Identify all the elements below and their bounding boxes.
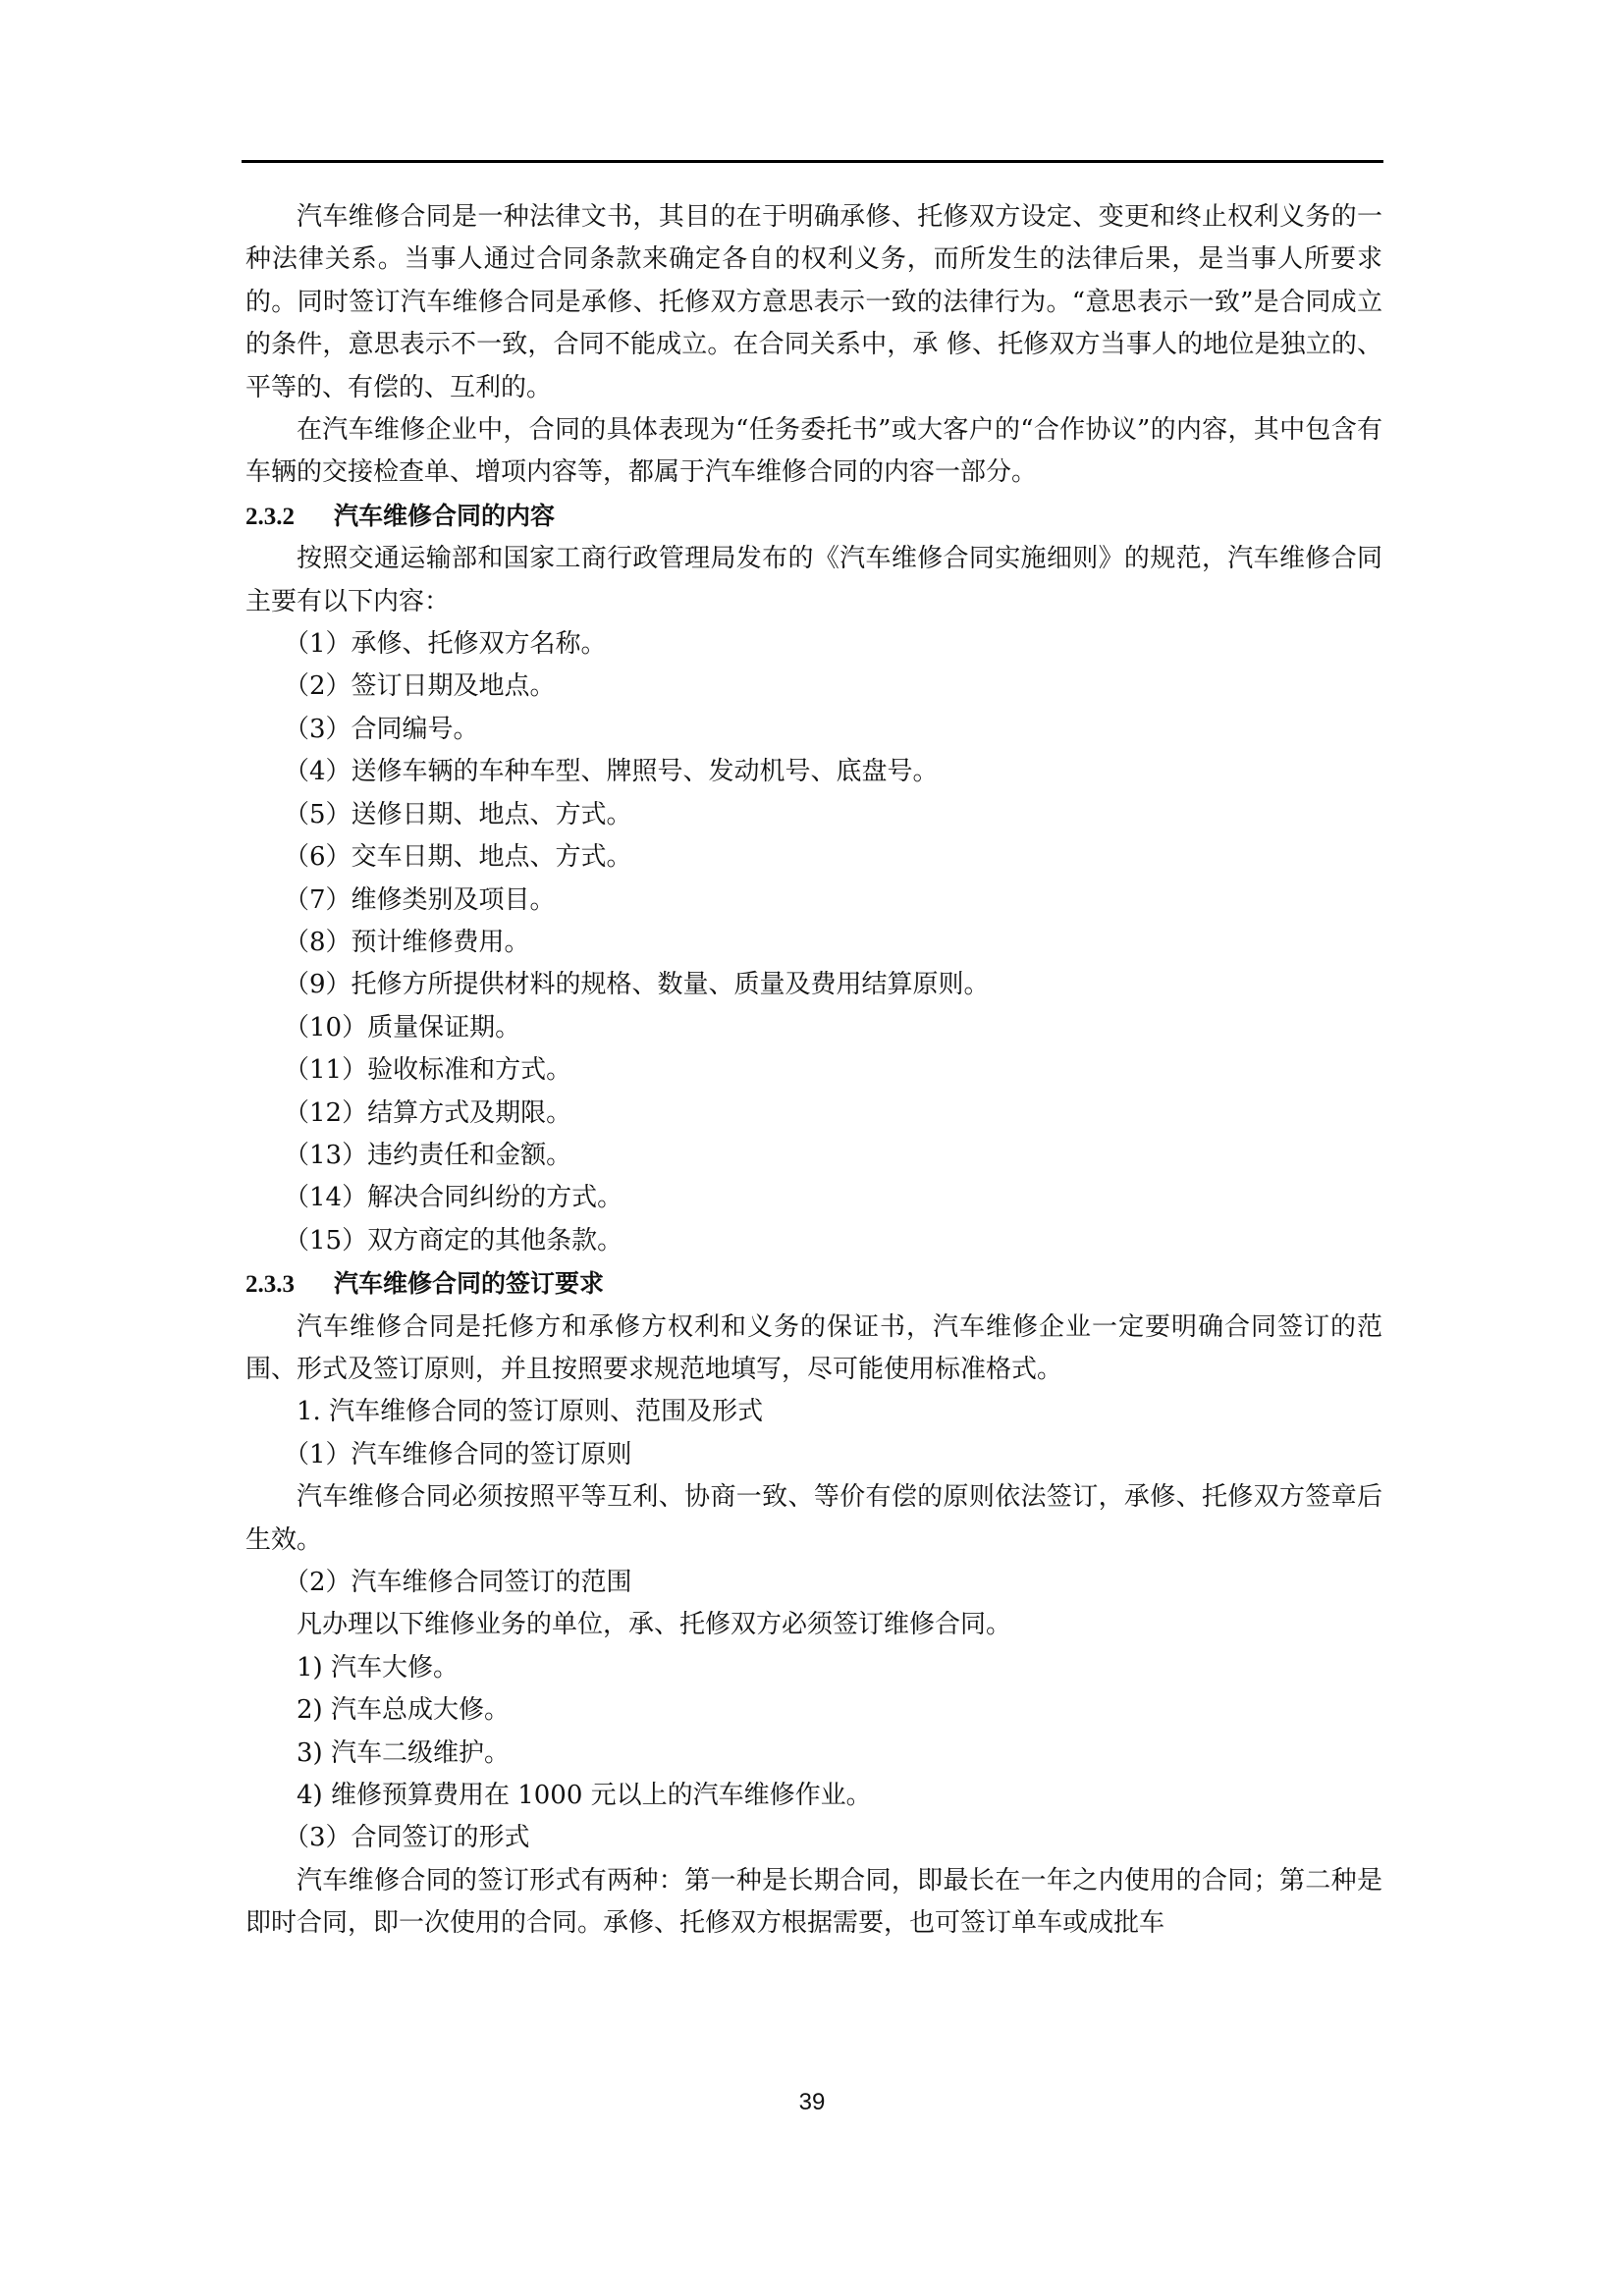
list-item: 3) 汽车二级维护。 (245, 1733, 1382, 1775)
intro-paragraph-1: 汽车维修合同是一种法律文书，其目的在于明确承修、托修双方设定、变更和终止权利义务… (245, 196, 1382, 409)
subsection-text-1-1: 汽车维修合同必须按照平等互利、协商一致、等价有偿的原则依法签订，承修、托修双方签… (245, 1476, 1382, 1562)
list-item: 1) 汽车大修。 (245, 1647, 1382, 1689)
list-item: （13）违约责任和金额。 (245, 1135, 1382, 1177)
list-item: （10）质量保证期。 (245, 1007, 1382, 1049)
scope-list: 1) 汽车大修。 2) 汽车总成大修。 3) 汽车二级维护。 4) 维修预算费用… (245, 1647, 1382, 1818)
section-2-3-2-intro: 按照交通运输部和国家工商行政管理局发布的《汽车维修合同实施细则》的规范，汽车维修… (245, 538, 1382, 623)
list-item: 2) 汽车总成大修。 (245, 1689, 1382, 1732)
section-number: 2.3.3 (245, 1263, 334, 1306)
contract-content-list: （1）承修、托修双方名称。 （2）签订日期及地点。 （3）合同编号。 （4）送修… (245, 623, 1382, 1262)
list-item: （8）预计维修费用。 (245, 922, 1382, 964)
list-item: （3）合同编号。 (245, 709, 1382, 751)
subsection-title-1-1: （1）汽车维修合同的签订原则 (245, 1434, 1382, 1476)
subsection-title-1-3: （3）合同签订的形式 (245, 1817, 1382, 1859)
section-number: 2.3.2 (245, 496, 334, 538)
section-2-3-3-intro: 汽车维修合同是托修方和承修方权利和义务的保证书，汽车维修企业一定要明确合同签订的… (245, 1307, 1382, 1392)
section-heading-2-3-2: 2.3.2汽车维修合同的内容 (245, 495, 1382, 538)
subsection-text-1-3: 汽车维修合同的签订形式有两种：第一种是长期合同，即最长在一年之内使用的合同；第二… (245, 1860, 1382, 1946)
list-item: （11）验收标准和方式。 (245, 1049, 1382, 1092)
subsection-text-1-2: 凡办理以下维修业务的单位，承、托修双方必须签订维修合同。 (245, 1604, 1382, 1646)
list-item: （15）双方商定的其他条款。 (245, 1220, 1382, 1262)
list-item: （1）承修、托修双方名称。 (245, 623, 1382, 666)
list-item: （14）解决合同纠纷的方式。 (245, 1177, 1382, 1219)
list-item: （12）结算方式及期限。 (245, 1093, 1382, 1135)
section-title: 汽车维修合同的签订要求 (334, 1269, 604, 1298)
list-item: （2）签订日期及地点。 (245, 666, 1382, 708)
list-item: （7）维修类别及项目。 (245, 880, 1382, 922)
page-number: 39 (0, 2089, 1624, 2116)
subsection-title-1-2: （2）汽车维修合同签订的范围 (245, 1562, 1382, 1604)
list-item: （6）交车日期、地点、方式。 (245, 836, 1382, 879)
list-item: （5）送修日期、地点、方式。 (245, 794, 1382, 836)
intro-paragraph-2: 在汽车维修企业中，合同的具体表现为“任务委托书”或大客户的“合作协议”的内容，其… (245, 409, 1382, 495)
header-rule (242, 160, 1383, 163)
list-item: 4) 维修预算费用在 1000 元以上的汽车维修作业。 (245, 1775, 1382, 1817)
section-heading-2-3-3: 2.3.3汽车维修合同的签订要求 (245, 1262, 1382, 1306)
section-title: 汽车维修合同的内容 (334, 502, 555, 530)
list-item: （4）送修车辆的车种车型、牌照号、发动机号、底盘号。 (245, 751, 1382, 793)
subsection-title-1: 1. 汽车维修合同的签订原则、范围及形式 (245, 1391, 1382, 1433)
list-item: （9）托修方所提供材料的规格、数量、质量及费用结算原则。 (245, 964, 1382, 1006)
page-body: 汽车维修合同是一种法律文书，其目的在于明确承修、托修双方设定、变更和终止权利义务… (245, 196, 1382, 1946)
